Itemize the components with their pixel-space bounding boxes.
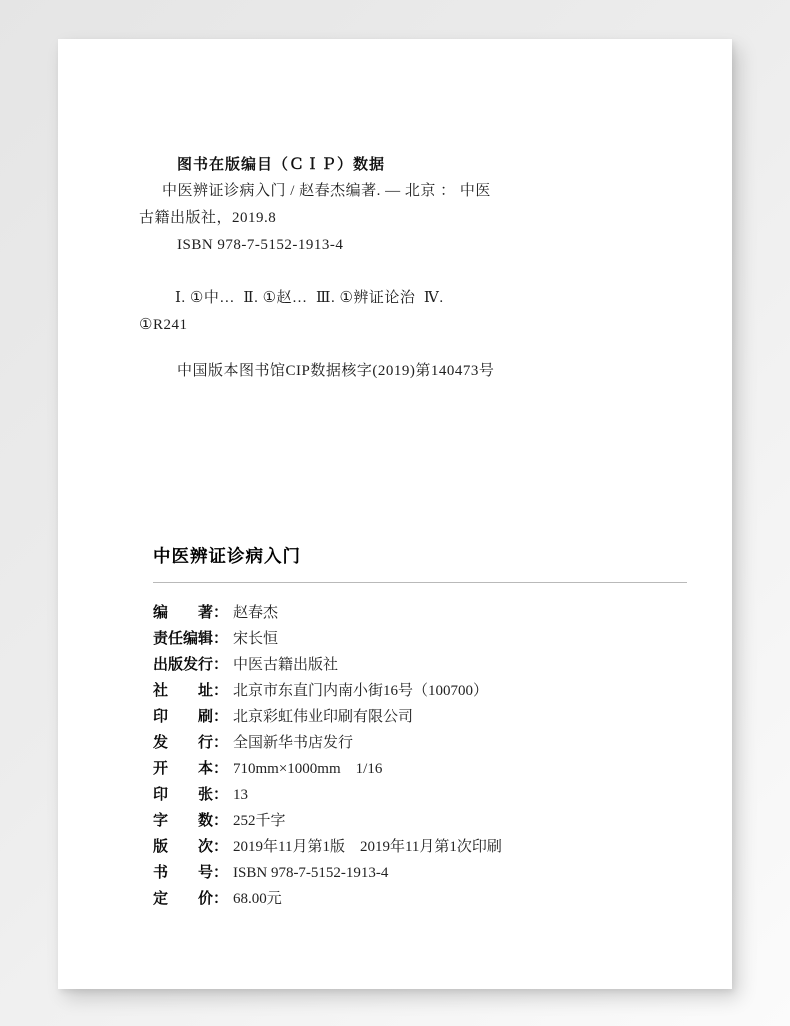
colophon-row: 开 本：710mm×1000mm 1/16	[153, 756, 687, 782]
colophon-row: 发 行：全国新华书店发行	[153, 730, 687, 756]
cip-classification-line: Ⅰ. ①中… Ⅱ. ①赵… Ⅲ. ①辨证论治 Ⅳ.	[139, 285, 659, 312]
colophon-row-value: 赵春杰	[233, 605, 278, 621]
divider-line	[153, 582, 687, 583]
colophon-row-label: 开 本：	[153, 760, 228, 777]
colophon-row-label: 版 次：	[153, 838, 228, 855]
colophon-row-value: 北京市东直门内南小街16号（100700）	[233, 683, 488, 699]
colophon-row-label: 社 址：	[153, 682, 228, 699]
colophon-row: 定 价：68.00元	[153, 886, 687, 912]
colophon-row: 书 号：ISBN 978-7-5152-1913-4	[153, 860, 687, 886]
colophon-row-value: 2019年11月第1版 2019年11月第1次印刷	[233, 839, 502, 855]
book-title: 中医辨证诊病入门	[153, 543, 687, 568]
colophon-row: 编 著：赵春杰	[153, 600, 687, 626]
colophon-row-value: 中医古籍出版社	[233, 657, 338, 673]
colophon-section: 中医辨证诊病入门 编 著：赵春杰责任编辑：宋长恒出版发行：中医古籍出版社社 址：…	[153, 543, 687, 912]
colophon-row-label: 字 数：	[153, 812, 228, 829]
cip-class-code-line: ①R241	[139, 312, 659, 339]
colophon-row-value: 13	[233, 787, 248, 803]
colophon-row: 字 数：252千字	[153, 808, 687, 834]
colophon-row-value: 宋长恒	[233, 631, 278, 647]
colophon-row-value: 全国新华书店发行	[233, 735, 353, 751]
cip-publisher-line: 古籍出版社，2019.8	[139, 205, 659, 232]
colophon-row: 出版发行：中医古籍出版社	[153, 652, 687, 678]
cip-isbn-line: ISBN 978-7-5152-1913-4	[139, 232, 659, 259]
colophon-row: 责任编辑：宋长恒	[153, 626, 687, 652]
colophon-row-value: 北京彩虹伟业印刷有限公司	[233, 709, 413, 725]
colophon-row-label: 定 价：	[153, 890, 228, 907]
cip-data-block: 图书在版编目（ＣＩＰ）数据 中医辨证诊病入门 / 赵春杰编著. — 北京 ： 中…	[139, 151, 659, 385]
colophon-row: 社 址：北京市东直门内南小街16号（100700）	[153, 678, 687, 704]
cip-title-line: 中医辨证诊病入门 / 赵春杰编著. — 北京 ： 中医	[139, 178, 659, 205]
colophon-row-value: 252千字	[233, 813, 286, 829]
cip-header: 图书在版编目（ＣＩＰ）数据	[139, 151, 659, 178]
colophon-row: 版 次：2019年11月第1版 2019年11月第1次印刷	[153, 834, 687, 860]
colophon-row: 印 张：13	[153, 782, 687, 808]
colophon-row-label: 发 行：	[153, 734, 228, 751]
colophon-row-value: ISBN 978-7-5152-1913-4	[233, 865, 388, 881]
colophon-rows: 编 著：赵春杰责任编辑：宋长恒出版发行：中医古籍出版社社 址：北京市东直门内南小…	[153, 600, 687, 912]
colophon-row-label: 编 著：	[153, 604, 228, 621]
colophon-row-label: 出版发行：	[153, 656, 228, 673]
cip-registry-line: 中国版本图书馆CIP数据核字(2019)第140473号	[139, 358, 659, 385]
colophon-row-label: 责任编辑：	[153, 630, 228, 647]
colophon-row-label: 印 刷：	[153, 708, 228, 725]
colophon-row-label: 书 号：	[153, 864, 228, 881]
colophon-row-value: 68.00元	[233, 891, 282, 907]
colophon-row-label: 印 张：	[153, 786, 228, 803]
book-page: 图书在版编目（ＣＩＰ）数据 中医辨证诊病入门 / 赵春杰编著. — 北京 ： 中…	[58, 39, 732, 989]
colophon-row-value: 710mm×1000mm 1/16	[233, 761, 382, 777]
colophon-row: 印 刷：北京彩虹伟业印刷有限公司	[153, 704, 687, 730]
